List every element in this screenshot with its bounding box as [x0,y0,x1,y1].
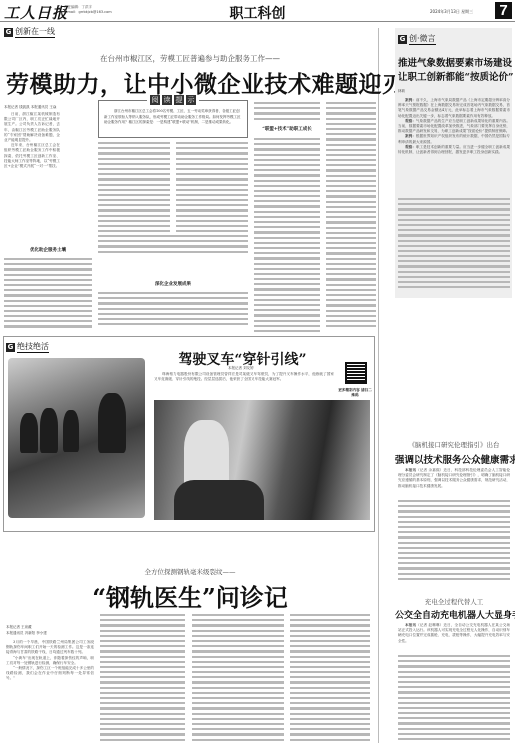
lead-subhead-3-wrap: “联盟+技术”助职工成长 [254,123,320,133]
section-label-skills: G 绝技绝活 [6,341,49,353]
rail-column-1: 3月的一个早晨，中国铁路兰州局集团公司工务段钢轨探伤车间职工们开始一天的检测工作… [6,640,94,745]
sidebar-body-continued [398,198,510,294]
case-label: 案例： [405,134,416,138]
read-tip-text: 浙江台州市椒江区总工会将100名劳模、工匠、五一劳动奖章获得者、各级工匠创新工作… [104,109,242,126]
lead-column-3-text [176,142,248,232]
lead-subhead: 优化助企服务土壤 [4,248,92,253]
masthead: 工人日报 责任编辑：丁洪宇 E-mail：grrbkjcb@163.com 职工… [0,0,515,22]
read-tip-label: 阅 读 提 示 [147,95,199,105]
forklift-intro: 珠海格力电器股份有限公司设备管理员曾祥宏是司某级叉车驾驶员，为了提升叉车操作水平… [154,372,334,394]
rail-kicker: 全方位探测钢轨毫米级裂纹—— [100,567,280,576]
bci-headline: 强调以技术服务公众健康需求 [395,452,513,466]
issue-date: 2024年3月13日 星期三 [430,9,473,15]
rail-column-4-text [290,614,370,744]
read-tip-box: 阅 读 提 示 浙江台州市椒江区总工会将100名劳模、工匠、五一劳动奖章获得者、… [98,100,248,138]
lead-label: 本报讯 [405,468,416,472]
lead-subhead-1-wrap: 优化助企服务土壤 [4,244,92,254]
bci-body-continued [398,500,510,585]
photo-person [98,393,126,453]
sidebar-headline-1: 推进气象数据要素市场建设 [398,55,510,69]
lead-subhead: “联盟+技术”助职工成长 [254,127,320,132]
section-label-text: 绝技绝活 [17,341,49,353]
bci-kicker: 《脑机接口研究伦理指引》出台 [398,440,510,449]
sidebar-case: 案例：前不久，上海市气象局数据产品《上海市定期超分辨率高分辨率天气预报数据》在上… [398,98,510,119]
rail-paragraph: “一般情况下，探伤工区一个班组能完成十多公里的线路检测，我们会在作业中仔细判断每… [6,666,94,682]
rail-byline-2: 本报通讯员 冯新阳 李小建 [6,631,47,636]
photo-forklift-seat [174,480,264,520]
lead-byline: 本报记者 钱凯凯 本报通讯员 王焱 [4,105,56,110]
rail-byline-1: 本报记者 王泉藏 [6,625,32,630]
photo-person [63,410,79,452]
sidebar-author: 林莉 [398,89,405,94]
section-g-icon: G [4,28,13,37]
lead-column-4-text [254,138,320,333]
section-g-icon: G [398,35,407,44]
rail-paragraph: “小黄车”出现在轨道上，伴随着探伤仪的声响，职工们对每一处钢轨进行检测，确保行车… [6,656,94,666]
sidebar-view-2: 观察：职工是技术创新的重要力量。应当进一步健全职工创新成果转化机制，让创新者得到… [398,145,510,155]
robot-headline: 公交全自动充电机器人大显身手 [395,608,513,621]
section-label-text: 创·微言 [409,33,436,45]
column-divider [378,28,379,743]
rail-headline: “钢轨医生”问诊记 [60,578,320,613]
lead-paragraph: 近年来，台州椒江区总工会在组织劳模工匠助企服务工作中积极探索，依托劳模工匠创新工… [4,143,60,169]
view-label: 观察： [405,119,416,123]
qr-code[interactable] [345,362,367,384]
sidebar-headline-2: 让职工创新都能“按质论价” [398,69,510,83]
read-tip-char: 示 [186,95,196,105]
lead-subhead-2-wrap: 深化企业发展成果 [98,278,248,288]
lead-column-2c-text [98,292,248,332]
forklift-byline: 本报记者 刘友婷 [228,366,254,371]
rail-column-2-text [100,614,185,744]
rail-paragraph: 3月的一个早晨，中国铁路兰州局集团公司工务段钢轨探伤车间职工们开始一天的检测工作… [6,640,94,656]
rail-column-3-text [192,614,284,744]
sidebar-view: 观察：气象数据产品的生产应当是职工创新成果转化的重要内容。当前，数据要素市场化配… [398,119,510,135]
case-label: 案例： [405,98,416,102]
section-g-icon: G [6,343,15,352]
lead-column-1b-text [4,258,92,332]
read-tip-char: 阅 [150,95,160,105]
photo-person [40,408,58,453]
robot-kicker: 充电全过程代替人工 [398,597,510,606]
lead-column-2b-text [98,235,248,255]
workers-photo [8,358,145,518]
robot-body-continued [398,655,510,745]
section-label-innovation: G 创新在一线 [4,26,55,38]
qr-caption: 更多精彩内容 请扫二维码 [338,388,372,398]
photo-person [20,413,38,453]
lead-kicker: 在台州市椒江区，劳模工匠普遍参与助企服务工作—— [60,53,320,64]
sidebar-case-2: 案例：根据世界知识产权组织发布的统计数据，中国仍然是国际专利申请的最大来源国。 [398,134,510,144]
bci-paragraph: 本报讯（记者 余嘉熙）近日，科技部科技伦理委员会人工智能伦理分委员会研究制定了《… [398,468,510,489]
view-label: 观察： [405,145,416,149]
robot-paragraph: 本报讯（记者 赵琳琳）近日，全自动公交充电机器人在某公交场站正式投入运行。该机器… [398,623,510,644]
section-label-text: 创新在一线 [15,26,55,38]
read-tip-char: 读 [162,95,172,105]
page-number: 7 [495,2,512,19]
lead-column-5-text [326,102,376,332]
lead-column-2-text [98,142,170,232]
robot-body: 本报讯（记者 赵琳琳）近日，全自动公交充电机器人在某公交场站正式投入运行。该机器… [398,623,510,653]
lead-subhead: 深化企业发展成果 [98,282,248,287]
lead-column-4-top [254,102,320,122]
read-tip-char: 提 [174,95,184,105]
lead-column-1: 日前，浙江椒江某机械制造有限公司厂区内，职工们正忙碌地开展生产。公司负责人告诉记… [4,112,60,232]
lead-label: 本报讯 [405,623,416,627]
section-label-micro-talk: G 创·微言 [398,33,436,45]
forklift-driver-photo [154,400,370,520]
lead-paragraph: 日前，浙江椒江某机械制造有限公司厂区内，职工们正忙碌地开展生产。公司负责人告诉记… [4,112,60,143]
bci-body: 本报讯（记者 余嘉熙）近日，科技部科技伦理委员会人工智能伦理分委员会研究制定了《… [398,468,510,498]
